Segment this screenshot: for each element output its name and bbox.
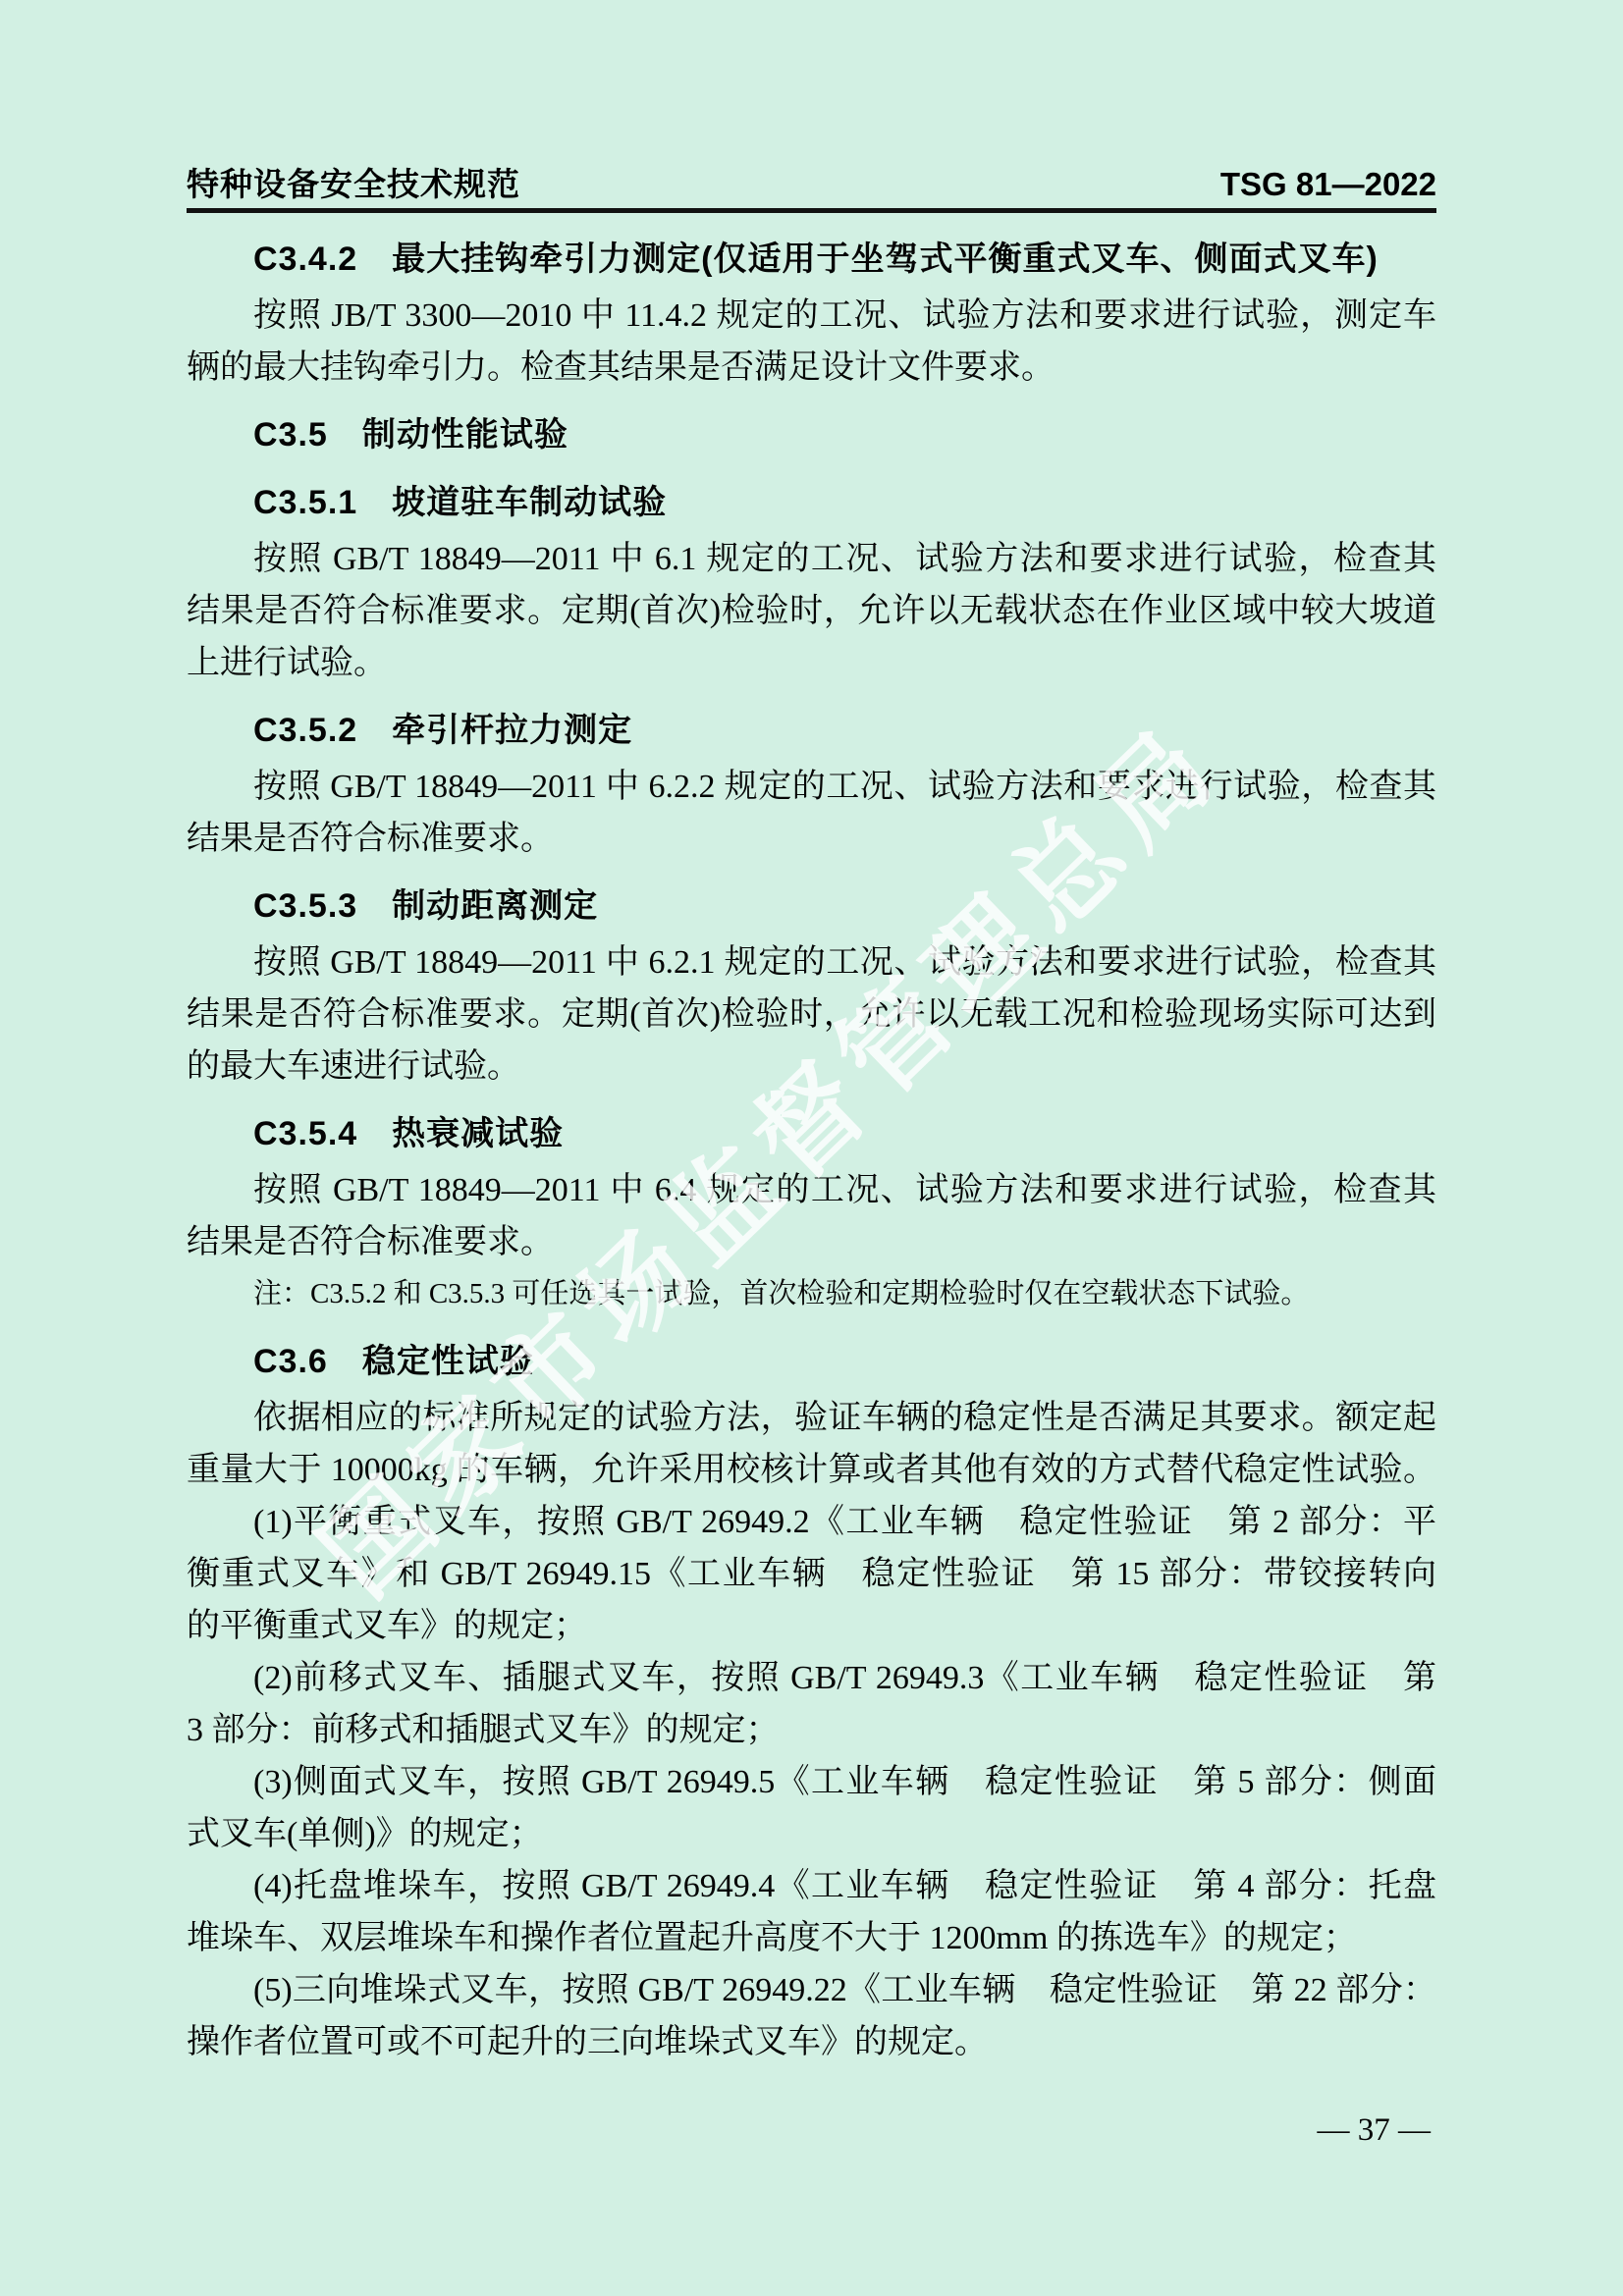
text-line: 式叉车(单侧)》的规定； <box>187 1808 1436 1860</box>
header-rule <box>187 208 1436 213</box>
section-heading: C3.5.4 热衰减试验 <box>187 1108 1436 1160</box>
text-line: 结果是否符合标准要求。定期(首次)检验时，允许以无载工况和检验现场实际可达到 <box>187 988 1436 1041</box>
section-heading: C3.5.3 制动距离测定 <box>187 881 1436 933</box>
text-line: (5)三向堆垛式叉车，按照 GB/T 26949.22《工业车辆 稳定性验证 第… <box>187 1964 1436 2016</box>
section-heading: C3.6 稳定性试验 <box>187 1336 1436 1388</box>
header-standard-code: TSG 81—2022 <box>1220 167 1436 202</box>
text-line: 的最大车速进行试验。 <box>187 1041 1436 1093</box>
text-line: (3)侧面式叉车，按照 GB/T 26949.5《工业车辆 稳定性验证 第 5 … <box>187 1756 1436 1808</box>
text-line: 3 部分：前移式和插腿式叉车》的规定； <box>187 1704 1436 1756</box>
text-line: 的平衡重式叉车》的规定； <box>187 1600 1436 1652</box>
text-line: 按照 GB/T 18849—2011 中 6.2.2 规定的工况、试验方法和要求… <box>187 761 1436 813</box>
section-heading: C3.5.1 坡道驻车制动试验 <box>187 477 1436 529</box>
text-line: 按照 JB/T 3300—2010 中 11.4.2 规定的工况、试验方法和要求… <box>187 290 1436 342</box>
header-document-title: 特种设备安全技术规范 <box>187 167 520 202</box>
text-line: 堆垛车、双层堆垛车和操作者位置起升高度不大于 1200mm 的拣选车》的规定； <box>187 1912 1436 1964</box>
text-line: (1)平衡重式叉车，按照 GB/T 26949.2《工业车辆 稳定性验证 第 2… <box>187 1496 1436 1548</box>
text-line: 操作者位置可或不可起升的三向堆垛式叉车》的规定。 <box>187 2016 1436 2068</box>
section-heading: C3.5.2 牵引杆拉力测定 <box>187 705 1436 757</box>
text-line: (2)前移式叉车、插腿式叉车，按照 GB/T 26949.3《工业车辆 稳定性验… <box>187 1652 1436 1704</box>
text-line: 按照 GB/T 18849—2011 中 6.4 规定的工况、试验方法和要求进行… <box>187 1164 1436 1216</box>
text-line: (4)托盘堆垛车，按照 GB/T 26949.4《工业车辆 稳定性验证 第 4 … <box>187 1860 1436 1912</box>
page-number: — 37 — <box>1318 2110 1432 2150</box>
page: 特种设备安全技术规范 TSG 81—2022 C3.4.2 最大挂钩牵引力测定(… <box>0 0 1623 2296</box>
text-line: 上进行试验。 <box>187 637 1436 689</box>
section-heading: C3.5 制动性能试验 <box>187 409 1436 461</box>
note-line: 注：C3.5.2 和 C3.5.3 可任选其一试验，首次检验和定期检验时仅在空载… <box>187 1268 1436 1320</box>
document-body: C3.4.2 最大挂钩牵引力测定(仅适用于坐驾式平衡重式叉车、侧面式叉车)按照 … <box>187 218 1436 2068</box>
text-line: 按照 GB/T 18849—2011 中 6.1 规定的工况、试验方法和要求进行… <box>187 533 1436 585</box>
section-heading: C3.4.2 最大挂钩牵引力测定(仅适用于坐驾式平衡重式叉车、侧面式叉车) <box>187 234 1436 286</box>
text-line: 辆的最大挂钩牵引力。检查其结果是否满足设计文件要求。 <box>187 342 1436 394</box>
text-line: 重量大于 10000kg 的车辆，允许采用校核计算或者其他有效的方式替代稳定性试… <box>187 1444 1436 1496</box>
text-line: 衡重式叉车》和 GB/T 26949.15《工业车辆 稳定性验证 第 15 部分… <box>187 1548 1436 1600</box>
text-line: 按照 GB/T 18849—2011 中 6.2.1 规定的工况、试验方法和要求… <box>187 936 1436 988</box>
text-line: 依据相应的标准所规定的试验方法，验证车辆的稳定性是否满足其要求。额定起 <box>187 1392 1436 1444</box>
text-line: 结果是否符合标准要求。 <box>187 813 1436 865</box>
text-line: 结果是否符合标准要求。定期(首次)检验时，允许以无载状态在作业区域中较大坡道 <box>187 585 1436 637</box>
text-line: 结果是否符合标准要求。 <box>187 1216 1436 1268</box>
